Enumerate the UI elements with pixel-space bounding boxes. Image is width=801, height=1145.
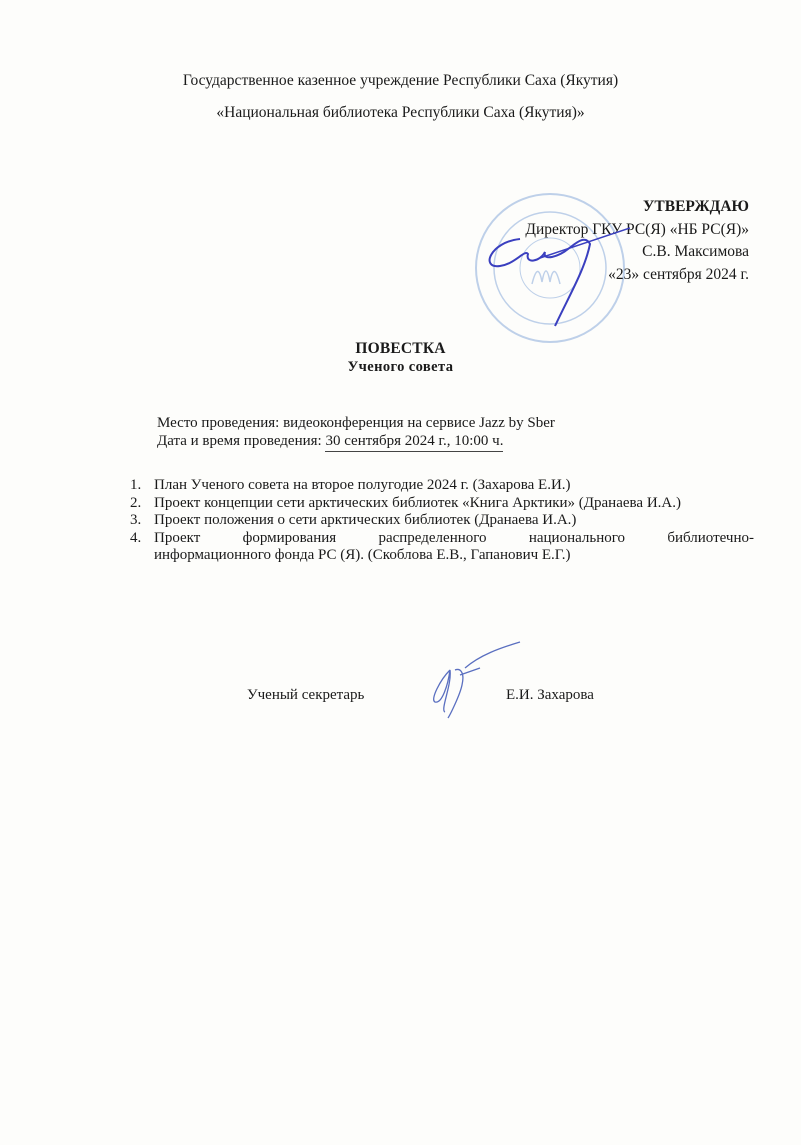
director-signature-icon: [480, 214, 630, 334]
organization-name-line2: «Национальная библиотека Республики Саха…: [0, 104, 801, 122]
agenda-item: 3. Проект положения о сети арктических б…: [130, 512, 754, 530]
agenda-item: 2. Проект концепции сети арктических биб…: [130, 495, 754, 513]
secretary-name: Е.И. Захарова: [506, 687, 594, 704]
agenda-item: 1. План Ученого совета на второе полугод…: [130, 477, 754, 495]
agenda-item-text-line1: Проект формирования распределенного наци…: [154, 530, 754, 548]
agenda-item-text-line2: информационного фонда РС (Я). (Скоблова …: [154, 547, 754, 565]
agenda-item-number: 2.: [130, 495, 141, 513]
secretary-role: Ученый секретарь: [247, 687, 364, 704]
agenda-item-text: Проект концепции сети арктических библио…: [154, 495, 681, 511]
place-label: Место проведения:: [157, 415, 279, 431]
place-value: видеоконференция на сервисе Jazz by Sber: [283, 415, 555, 431]
document-page: Государственное казенное учреждение Респ…: [0, 0, 801, 1145]
agenda-item-text: План Ученого совета на второе полугодие …: [154, 477, 571, 493]
datetime-label: Дата и время проведения:: [157, 433, 322, 449]
agenda-item-text: Проект положения о сети арктических библ…: [154, 512, 576, 528]
secretary-signature-icon: [420, 640, 530, 720]
meeting-details: Место проведения: видеоконференция на се…: [157, 414, 555, 450]
document-title: ПОВЕСТКА: [0, 340, 801, 358]
meeting-place: Место проведения: видеоконференция на се…: [157, 414, 555, 432]
datetime-value: 30 сентября 2024 г., 10:00 ч.: [325, 433, 503, 452]
meeting-datetime: Дата и время проведения: 30 сентября 202…: [157, 432, 555, 450]
agenda-item-number: 3.: [130, 512, 141, 530]
agenda-list: 1. План Ученого совета на второе полугод…: [130, 477, 754, 565]
organization-name-line1: Государственное казенное учреждение Респ…: [0, 72, 801, 90]
agenda-item-number: 1.: [130, 477, 141, 495]
document-subtitle: Ученого совета: [0, 359, 801, 376]
agenda-item: 4. Проект формирования распределенного н…: [130, 530, 754, 565]
agenda-item-number: 4.: [130, 530, 141, 548]
